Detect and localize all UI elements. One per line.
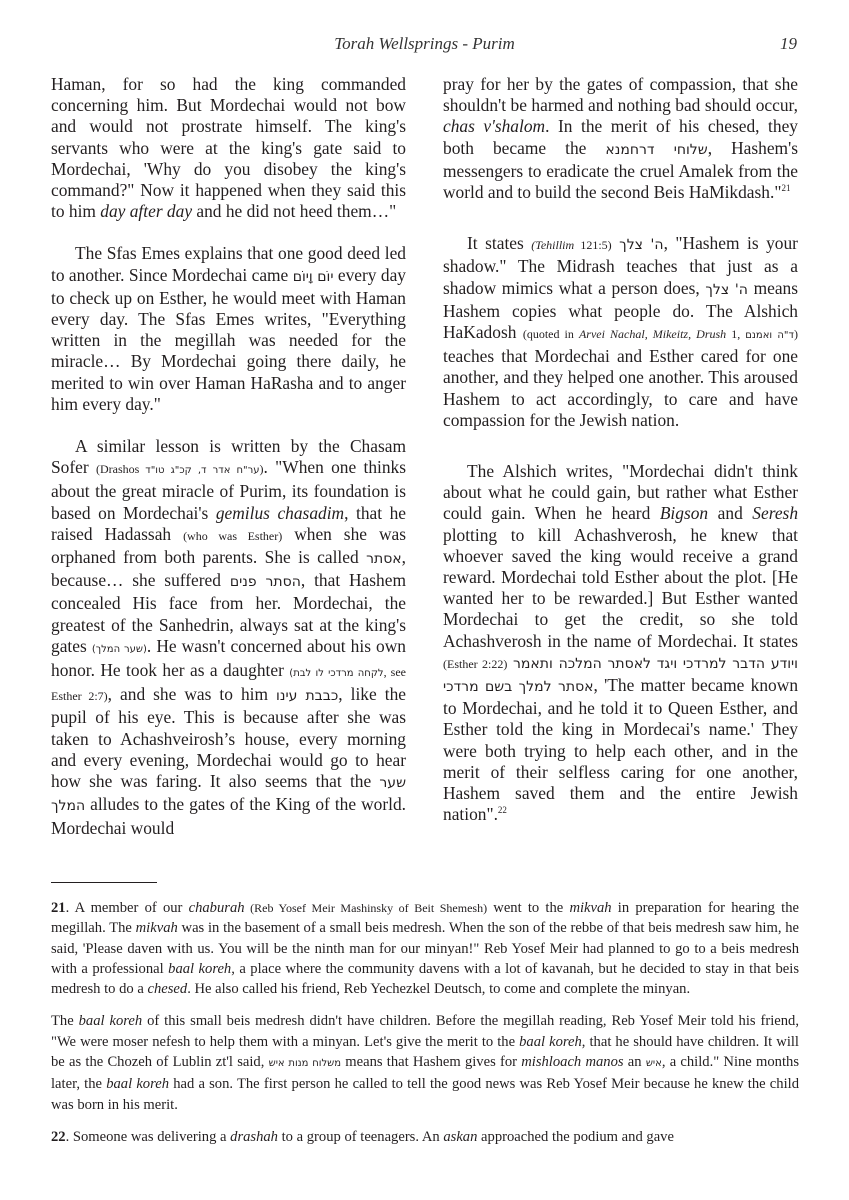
italic-text: mikvah: [569, 900, 611, 916]
source-citation: 121:5): [574, 238, 611, 252]
text: every day to check up on Esther, he woul…: [51, 265, 406, 414]
source-citation: ): [794, 327, 798, 341]
left-column: Haman, for so had the king commanded con…: [51, 74, 406, 860]
source-citation: (who was Esther): [183, 529, 282, 543]
text: plotting to kill Achashverosh, he knew t…: [443, 525, 798, 651]
text: went to the: [487, 900, 569, 916]
text: teaches that Mordechai and Esther cared …: [443, 346, 798, 430]
source-citation: (quoted in: [523, 327, 579, 341]
text: approached the podium and gave: [477, 1129, 674, 1145]
footnote-marker[interactable]: 21: [781, 183, 790, 193]
hebrew-citation: (לקחה מרדכי לו לבת: [289, 668, 383, 679]
footnote-marker[interactable]: 22: [498, 806, 507, 816]
text: pray for her by the gates of compassion,…: [443, 74, 798, 115]
text: Haman, for so had the king commanded con…: [51, 74, 406, 221]
italic-text: baal koreh: [519, 1034, 582, 1050]
paragraph: A similar lesson is written by the Chasa…: [51, 436, 406, 839]
running-title: Torah Wellsprings - Purim: [0, 34, 849, 54]
page-header: Torah Wellsprings - Purim 19: [0, 30, 849, 60]
footnote-number: 21: [51, 900, 66, 916]
text: . A member of our: [66, 900, 189, 916]
paragraph: The Sfas Emes explains that one good dee…: [51, 243, 406, 415]
italic-text: mikvah: [136, 920, 178, 936]
text: . Someone was delivering a: [66, 1129, 231, 1145]
text: The: [51, 1013, 79, 1029]
italic-text: Bigson: [660, 503, 708, 523]
hebrew-text: הסתר פנים: [230, 574, 301, 590]
source-citation: (Reb Yosef Meir Mashinsky of Beit Shemes…: [245, 901, 488, 915]
hebrew-citation: ד"ה ואמנם: [745, 330, 794, 341]
italic-text: mishloach manos: [521, 1054, 623, 1070]
hebrew-text: כבבת עינו: [276, 688, 338, 704]
footnote-divider: [51, 882, 157, 883]
footnote-22: 22. Someone was delivering a drashah to …: [51, 1127, 799, 1147]
text: , and she was to him: [108, 684, 276, 704]
italic-text: day after day: [100, 201, 192, 221]
paragraph: pray for her by the gates of compassion,…: [443, 74, 798, 203]
footnote-21: 21. A member of our chaburah (Reb Yosef …: [51, 898, 799, 999]
text: to a group of teenagers. An: [278, 1129, 443, 1145]
hebrew-text: ה' צלך: [705, 282, 748, 298]
italic-text: gemilus chasadim: [216, 503, 344, 523]
hebrew-text: משלוח מנות איש: [269, 1058, 341, 1069]
italic-text: baal koreh: [79, 1013, 143, 1029]
paragraph: The Alshich writes, "Mordechai didn't th…: [443, 461, 798, 825]
italic-text: baal koreh: [106, 1076, 169, 1092]
text: an: [624, 1054, 646, 1070]
paragraph: Haman, for so had the king commanded con…: [51, 74, 406, 222]
hebrew-text: שלוחי דרחמנא: [605, 142, 707, 158]
text: means that Hashem gives for: [341, 1054, 521, 1070]
source-citation: (Drashos: [96, 462, 145, 476]
page-number: 19: [780, 34, 797, 54]
hebrew-text: איש: [646, 1058, 662, 1069]
text: . He also called his friend, Reb Yechezk…: [187, 981, 690, 997]
source-citation: (Tehillim: [531, 238, 574, 252]
hebrew-text: אסתר: [366, 551, 402, 567]
footnote-21-continued: The baal koreh of this small beis medres…: [51, 1011, 799, 1114]
italic-text: chesed: [147, 981, 187, 997]
hebrew-citation: (שער המלך): [92, 644, 147, 655]
italic-text: drashah: [230, 1129, 278, 1145]
italic-text: chaburah: [189, 900, 245, 916]
text: It states: [467, 233, 531, 253]
footnote-number: 22: [51, 1129, 66, 1145]
hebrew-text: יוֹם וָיוֹם: [293, 269, 334, 285]
text: alludes to the gates of the King of the …: [51, 794, 406, 837]
source-citation: Arvei Nachal, Mikeitz, Drush: [579, 327, 726, 341]
italic-text: Seresh: [752, 503, 798, 523]
hebrew-text: ה' צלך: [619, 237, 663, 253]
paragraph: It states (Tehillim 121:5) ה' צלך, "Hash…: [443, 233, 798, 431]
text: , 'The matter became known to Mordechai,…: [443, 675, 798, 824]
text: and: [708, 503, 752, 523]
italic-text: askan: [443, 1129, 477, 1145]
source-citation: 1,: [726, 327, 745, 341]
text: and he did not heed them…": [192, 201, 396, 221]
italic-text: chas v'shalom: [443, 116, 545, 136]
italic-text: baal koreh: [168, 961, 231, 977]
footnotes: 21. A member of our chaburah (Reb Yosef …: [51, 898, 799, 1159]
hebrew-citation: ער"ח אדר ד, קכ"ג טו"ד: [145, 465, 259, 476]
right-column: pray for her by the gates of compassion,…: [443, 74, 798, 847]
source-citation: (Esther 2:22): [443, 657, 507, 671]
